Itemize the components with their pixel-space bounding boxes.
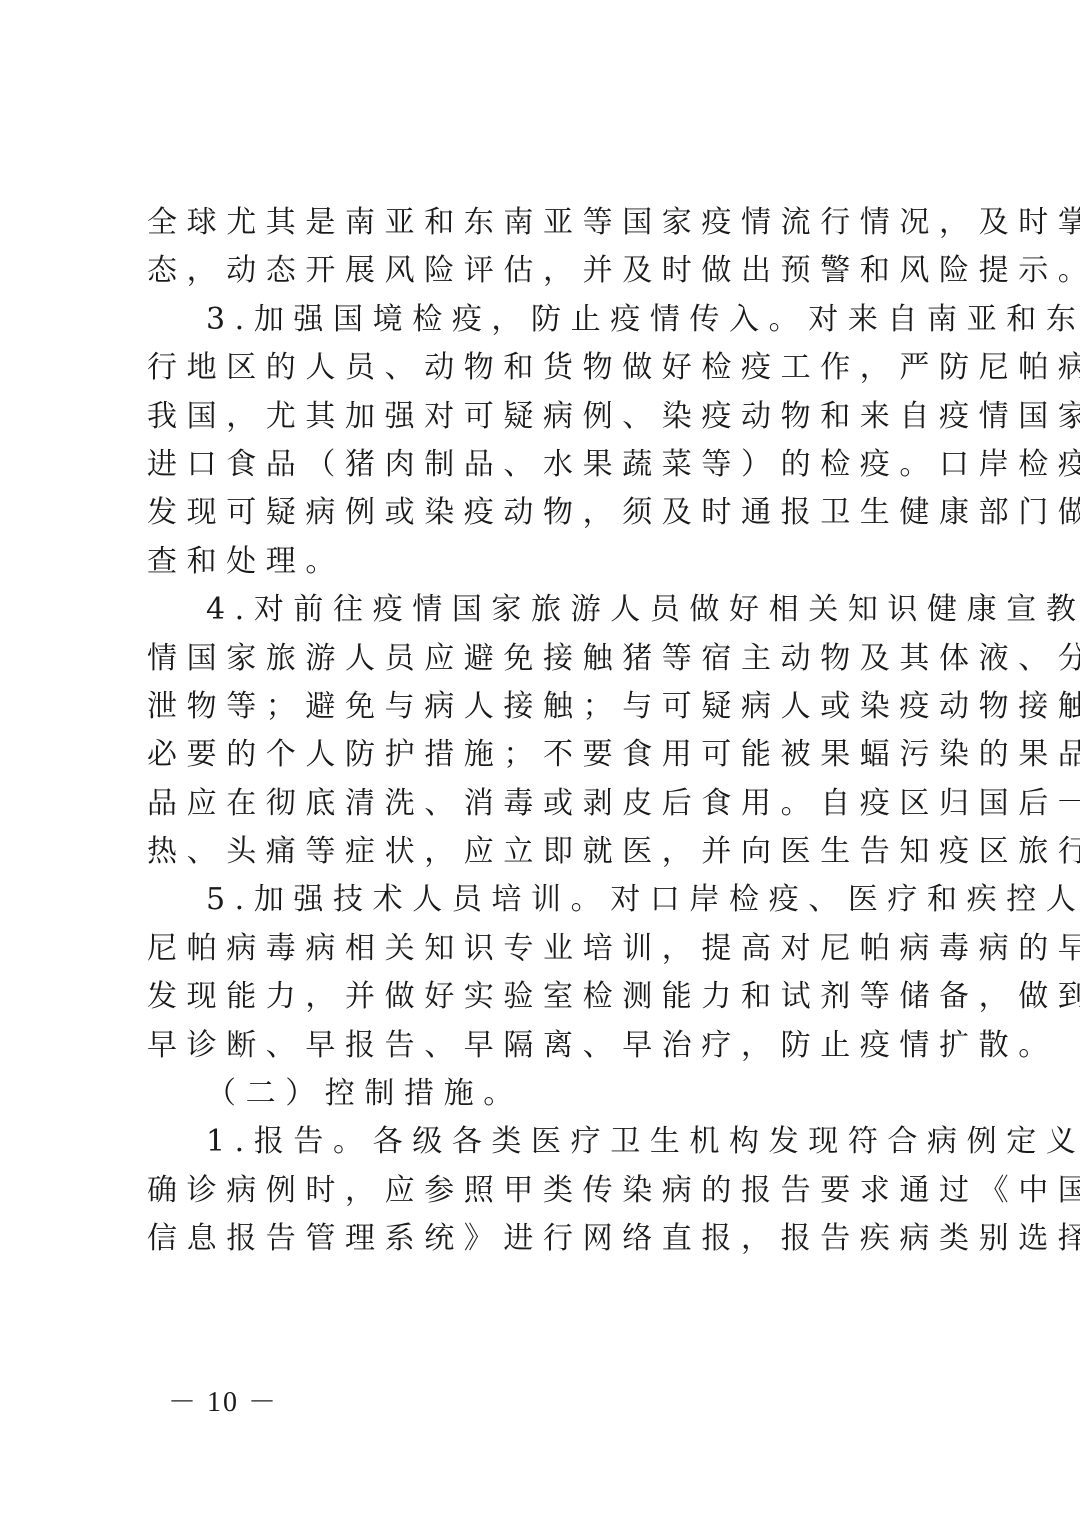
paragraph-item-5: 5.加强技术人员培训。对口岸检疫、医疗和疾控人员应加强 [147, 876, 947, 924]
text-line: 全球尤其是南亚和东南亚等国家疫情流行情况，及时掌握疫情动 [147, 199, 947, 247]
text-line: 情国家旅游人员应避免接触猪等宿主动物及其体液、分泌物、排 [147, 635, 947, 683]
text-line: 必要的个人防护措施；不要食用可能被果蝠污染的果品，野生果 [147, 731, 947, 779]
section-heading-control-measures: （二）控制措施。 [147, 1070, 947, 1118]
text-line: 行地区的人员、动物和货物做好检疫工作，严防尼帕病毒病传入 [147, 344, 947, 392]
text-line: 早诊断、早报告、早隔离、早治疗，防止疫情扩散。 [147, 1022, 947, 1070]
text-line: 热、头痛等症状，应立即就医，并向医生告知疫区旅行史。 [147, 828, 947, 876]
text-line: 信息报告管理系统》进行网络直报，报告疾病类别选择“其他传 [147, 1215, 947, 1263]
text-line: 确诊病例时，应参照甲类传染病的报告要求通过《中国疾病监测 [147, 1167, 947, 1215]
text-line: 进口食品（猪肉制品、水果蔬菜等）的检疫。口岸检疫部门一旦 [147, 441, 947, 489]
text-line: 品应在彻底清洗、消毒或剥皮后食用。自疫区归国后一旦出现发 [147, 780, 947, 828]
text-line: 态，动态开展风险评估，并及时做出预警和风险提示。 [147, 247, 947, 295]
text-line: 发现可疑病例或染疫动物，须及时通报卫生健康部门做好疫情调 [147, 489, 947, 537]
paragraph-item-1-report: 1.报告。各级各类医疗卫生机构发现符合病例定义的疑似和 [147, 1118, 947, 1166]
text-line: 发现能力，并做好实验室检测能力和试剂等储备，做到早发现、 [147, 973, 947, 1021]
paragraph-item-4: 4.对前往疫情国家旅游人员做好相关知识健康宣教。前往疫 [147, 586, 947, 634]
page-number: － 10 － [168, 1380, 278, 1420]
text-line: 我国，尤其加强对可疑病例、染疫动物和来自疫情国家或地区的 [147, 393, 947, 441]
paragraph-item-3: 3.加强国境检疫，防止疫情传入。对来自南亚和东南亚等流 [147, 296, 947, 344]
text-line: 泄物等；避免与病人接触；与可疑病人或染疫动物接触时要采取 [147, 683, 947, 731]
text-line: 查和处理。 [147, 538, 947, 586]
document-page: 全球尤其是南亚和东南亚等国家疫情流行情况，及时掌握疫情动 态，动态开展风险评估，… [0, 0, 1080, 1527]
text-line: 尼帕病毒病相关知识专业培训，提高对尼帕病毒病的早期识别和 [147, 925, 947, 973]
body-text: 全球尤其是南亚和东南亚等国家疫情流行情况，及时掌握疫情动 态，动态开展风险评估，… [147, 199, 947, 1264]
